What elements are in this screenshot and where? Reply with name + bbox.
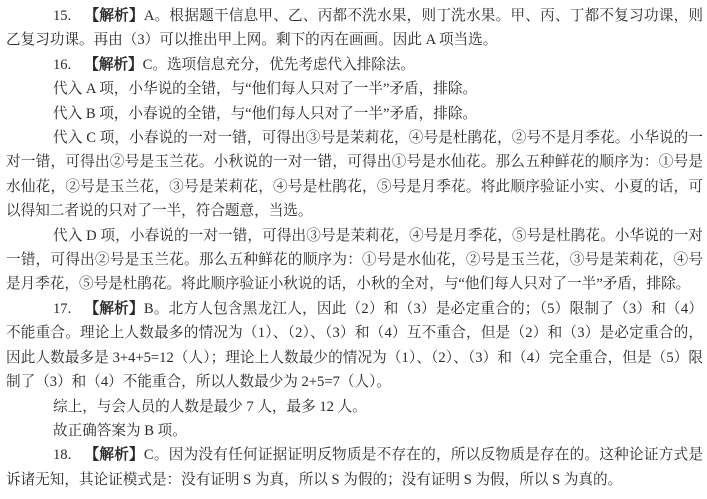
paragraph-text: 代入 B 项，小春说的全错，与“他们每人只对了一半”矛盾，排除。 xyxy=(53,106,477,122)
body-paragraph: 代入 C 项，小春说的一对一错，可得出③号是茉莉花，④号是杜鹃花，②号不是月季花… xyxy=(6,126,703,224)
paragraph-text: 代入 A 项，小华说的全错，与“他们每人只对了一半”矛盾，排除。 xyxy=(53,81,477,97)
paragraph-text: 代入 C 项，小春说的一对一错，可得出③号是茉莉花，④号是杜鹃花，②号不是月季花… xyxy=(6,130,703,219)
body-paragraph: 代入 A 项，小华说的全错，与“他们每人只对了一半”矛盾，排除。 xyxy=(6,77,703,101)
item-number: 17. xyxy=(53,301,71,317)
item-number: 16. xyxy=(53,57,71,73)
analysis-label: 【解析】 xyxy=(84,301,144,317)
analysis-label: 【解析】 xyxy=(84,57,142,73)
body-paragraph: 代入 D 项，小春说的一对一错，可得出③号是茉莉花，④号是月季花，⑤号是杜鹃花。… xyxy=(6,224,703,297)
analysis-item-paragraph: 18.【解析】C。因为没有任何证据证明反物质是不存在的，所以反物质是存在的。这种… xyxy=(6,443,703,492)
item-number: 18. xyxy=(53,447,71,463)
analysis-item-paragraph: 17.【解析】B。北方人包含黑龙江人，因此（2）和（3）是必定重合的；（5）限制… xyxy=(6,297,703,395)
paragraph-text: 综上，与会人员的人数是最少 7 人，最多 12 人。 xyxy=(53,399,367,415)
paragraph-text: 代入 D 项，小春说的一对一错，可得出③号是茉莉花，④号是月季花，⑤号是杜鹃花。… xyxy=(6,228,703,293)
body-paragraph: 故正确答案为 B 项。 xyxy=(6,419,703,443)
item-number: 15. xyxy=(53,8,71,24)
paragraph-text: C。选项信息充分，优先考虑代入排除法。 xyxy=(143,57,415,73)
analysis-item-paragraph: 15.【解析】A。根据题干信息甲、乙、丙都不洗水果，则丁洗水果。甲、丙、丁都不复… xyxy=(6,4,703,53)
document-page: 15.【解析】A。根据题干信息甲、乙、丙都不洗水果，则丁洗水果。甲、丙、丁都不复… xyxy=(0,0,707,499)
analysis-label: 【解析】 xyxy=(84,447,144,463)
body-paragraph: 综上，与会人员的人数是最少 7 人，最多 12 人。 xyxy=(6,395,703,419)
analysis-item-paragraph: 16.【解析】C。选项信息充分，优先考虑代入排除法。 xyxy=(6,53,703,77)
analysis-label: 【解析】 xyxy=(84,8,144,24)
paragraph-text: 故正确答案为 B 项。 xyxy=(53,423,187,439)
body-paragraph: 代入 B 项，小春说的全错，与“他们每人只对了一半”矛盾，排除。 xyxy=(6,102,703,126)
